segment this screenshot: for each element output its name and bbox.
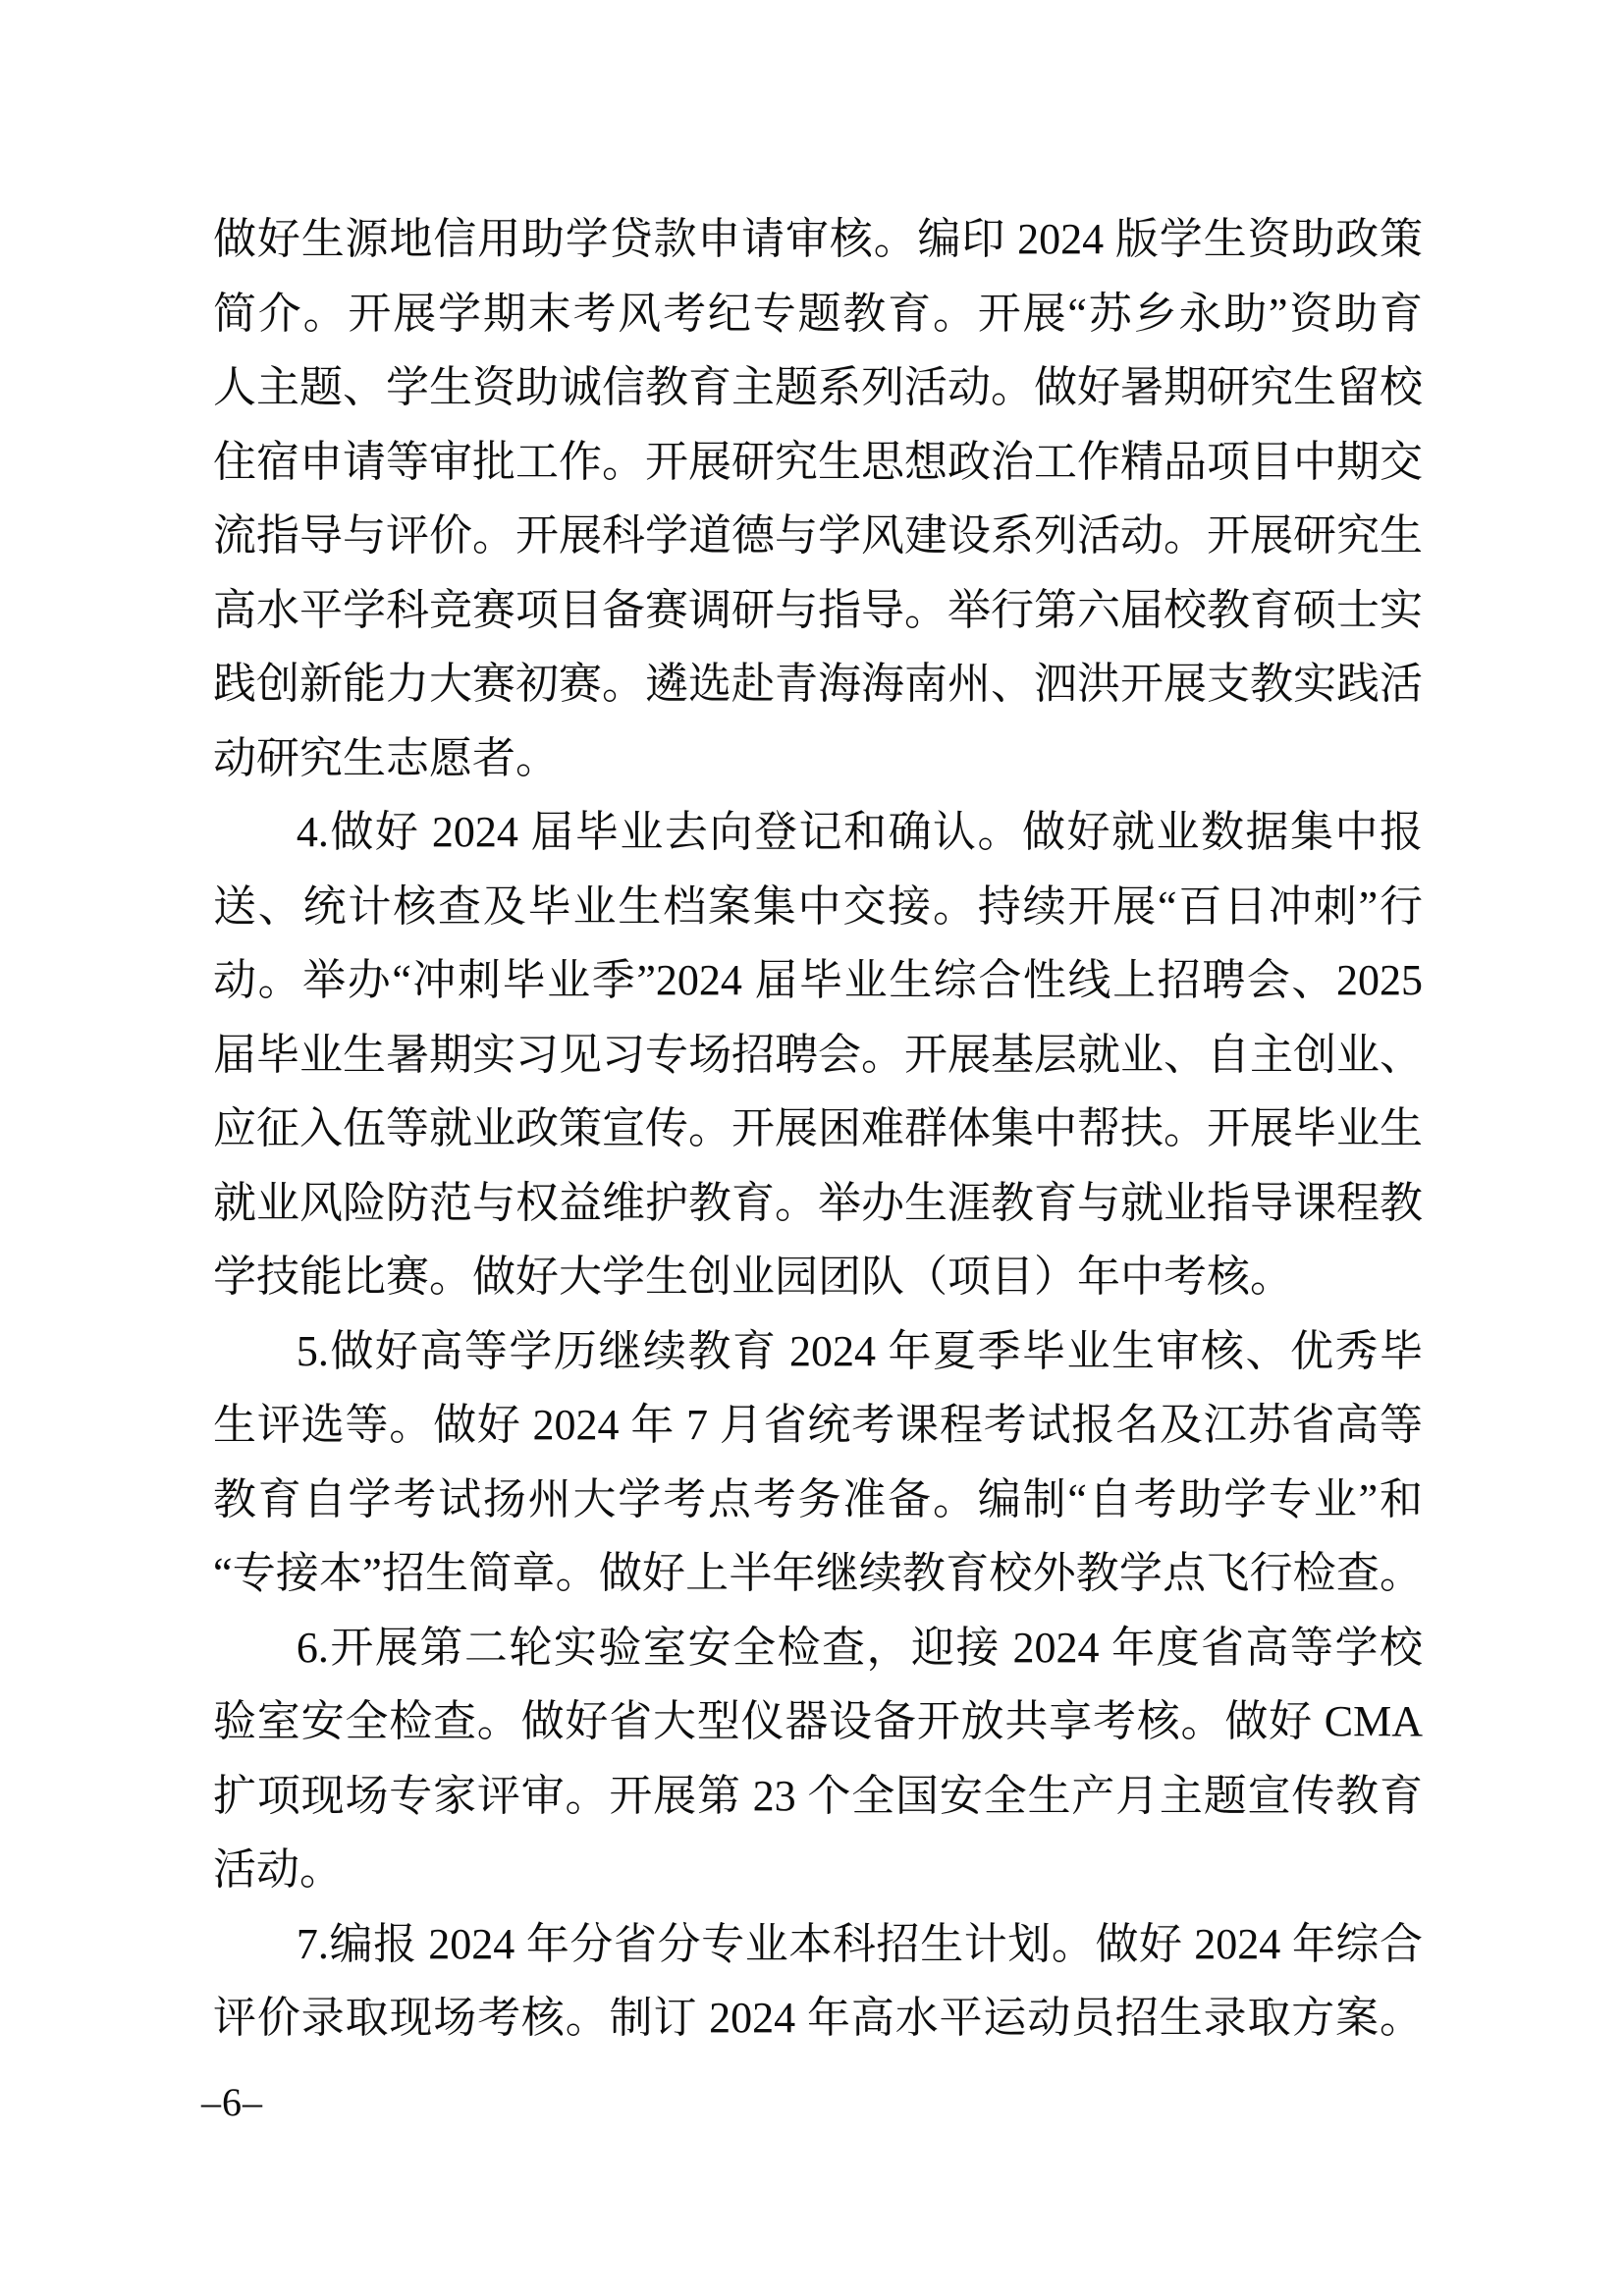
text-line: 送、统计核查及毕业生档案集中交接。持续开展“百日冲刺”行: [213, 870, 1423, 944]
text-line: 住宿申请等审批工作。开展研究生思想政治工作精品项目中期交: [213, 425, 1423, 500]
text-line: 活动。: [213, 1833, 1423, 1907]
document-page: 做好生源地信用助学贷款申请审核。编印 2024 版学生资助政策 简介。开展学期末…: [213, 202, 1423, 2056]
text-line: 验室安全检查。做好省大型仪器设备开放共享考核。做好 CMA: [213, 1684, 1423, 1759]
text-line: 高水平学科竞赛项目备赛调研与指导。举行第六届校教育硕士实: [213, 573, 1423, 648]
text-line: 7.编报 2024 年分省分专业本科招生计划。做好 2024 年综合: [213, 1907, 1423, 1982]
text-line: “专接本”招生简章。做好上半年继续教育校外教学点飞行检查。: [213, 1536, 1423, 1611]
text-line: 流指导与评价。开展科学道德与学风建设系列活动。开展研究生: [213, 499, 1423, 573]
text-line: 人主题、学生资助诚信教育主题系列活动。做好暑期研究生留校: [213, 350, 1423, 425]
text-line: 生评选等。做好 2024 年 7 月省统考课程考试报名及江苏省高等: [213, 1388, 1423, 1463]
paragraph: 4.做好 2024 届毕业去向登记和确认。做好就业数据集中报 送、统计核查及毕业…: [213, 795, 1423, 1314]
text-line: 6.开展第二轮实验室安全检查，迎接 2024 年度省高等学校实: [213, 1611, 1423, 1685]
paragraph: 7.编报 2024 年分省分专业本科招生计划。做好 2024 年综合 评价录取现…: [213, 1907, 1423, 2056]
paragraph: 做好生源地信用助学贷款申请审核。编印 2024 版学生资助政策 简介。开展学期末…: [213, 202, 1423, 795]
text-line: 简介。开展学期末考风考纪专题教育。开展“苏乡永助”资助育: [213, 277, 1423, 351]
text-line: 动。举办“冲刺毕业季”2024 届毕业生综合性线上招聘会、2025: [213, 943, 1423, 1018]
text-line: 评价录取现场考核。制订 2024 年高水平运动员招生录取方案。: [213, 1981, 1423, 2056]
text-line: 届毕业生暑期实习见习专场招聘会。开展基层就业、自主创业、: [213, 1018, 1423, 1093]
paragraph: 5.做好高等学历继续教育 2024 年夏季毕业生审核、优秀毕业 生评选等。做好 …: [213, 1314, 1423, 1611]
text-line: 扩项现场专家评审。开展第 23 个全国安全生产月主题宣传教育: [213, 1759, 1423, 1834]
paragraph: 6.开展第二轮实验室安全检查，迎接 2024 年度省高等学校实 验室安全检查。做…: [213, 1611, 1423, 1907]
text-line: 5.做好高等学历继续教育 2024 年夏季毕业生审核、优秀毕业: [213, 1314, 1423, 1389]
text-line: 就业风险防范与权益维护教育。举办生涯教育与就业指导课程教: [213, 1166, 1423, 1241]
page-number: –6–: [201, 2079, 263, 2126]
text-line: 动研究生志愿者。: [213, 721, 1423, 796]
text-line: 教育自学考试扬州大学考点考务准备。编制“自考助学专业”和: [213, 1463, 1423, 1537]
text-line: 做好生源地信用助学贷款申请审核。编印 2024 版学生资助政策: [213, 202, 1423, 277]
text-line: 4.做好 2024 届毕业去向登记和确认。做好就业数据集中报: [213, 795, 1423, 870]
text-line: 应征入伍等就业政策宣传。开展困难群体集中帮扶。开展毕业生: [213, 1092, 1423, 1166]
text-line: 学技能比赛。做好大学生创业园团队（项目）年中考核。: [213, 1240, 1423, 1314]
text-line: 践创新能力大赛初赛。遴选赴青海海南州、泗洪开展支教实践活: [213, 647, 1423, 721]
